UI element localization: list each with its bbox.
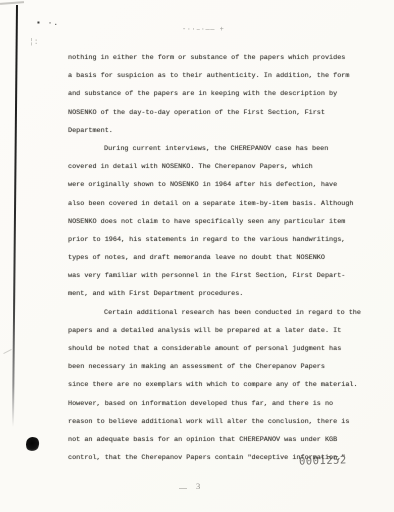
text-line: However, based on information developed …	[68, 395, 364, 413]
text-line: ment, and with First Department procedur…	[68, 285, 364, 303]
text-line: types of notes, and draft memoranda leav…	[68, 249, 364, 267]
scan-edge-line	[12, 5, 18, 427]
scan-corner-artifact	[0, 1, 24, 4]
pen-tick-mark: ¦:	[29, 38, 39, 47]
page-number-dash	[179, 488, 187, 489]
scanned-document-page: ▪ ·. ¦: -··–·—— + nothing in either the …	[0, 0, 394, 512]
text-line: were originally shown to NOSENKO in 1964…	[68, 176, 364, 194]
text-line: NOSENKO of the day-to-day operation of t…	[68, 104, 364, 122]
text-line: prior to 1964, his statements in regard …	[68, 231, 364, 249]
document-number-stamp: 0001252	[299, 454, 347, 467]
text-line: not an adequate basis for an opinion tha…	[68, 431, 364, 449]
document-text: nothing in either the form or substance …	[68, 49, 364, 467]
pen-mark: ▪ ·.	[36, 19, 59, 28]
text-line: Department.	[68, 122, 364, 140]
text-line: reason to believe additional work will a…	[68, 413, 364, 431]
text-line: NOSENKO does not claim to have specifica…	[68, 213, 364, 231]
page-number: 3	[196, 481, 200, 491]
text-line: since there are no exemplars with which …	[68, 376, 364, 394]
text-line: and substance of the papers are in keepi…	[68, 85, 364, 103]
text-line: been necessary in making an assessment o…	[68, 358, 364, 376]
ink-blot	[24, 436, 40, 453]
text-line: During current interviews, the CHEREPANO…	[68, 140, 364, 158]
text-line: nothing in either the form or substance …	[68, 49, 364, 67]
text-line: Certain additional research has been con…	[68, 304, 364, 322]
scan-tick-artifact	[3, 349, 11, 354]
text-line: papers and a detailed analysis will be p…	[68, 322, 364, 340]
text-line: was very familiar with personnel in the …	[68, 267, 364, 285]
text-line: should be noted that a considerable amou…	[68, 340, 364, 358]
text-line: a basis for suspicion as to their authen…	[68, 67, 364, 85]
handwritten-squiggle: -··–·—— +	[182, 26, 224, 34]
text-line: covered in detail with NOSENKO. The Cher…	[68, 158, 364, 176]
text-line: also been covered in detail on a separat…	[68, 195, 364, 213]
